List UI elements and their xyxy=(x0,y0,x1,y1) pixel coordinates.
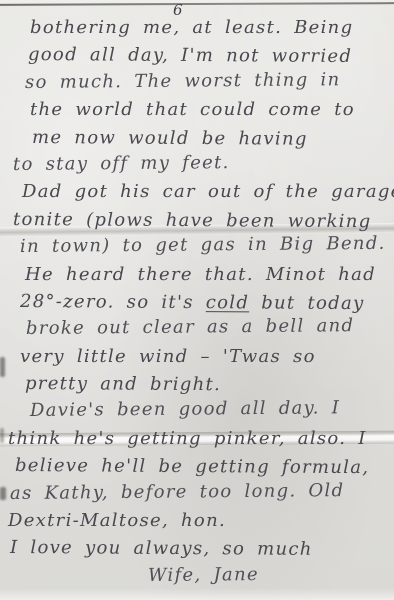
edge-smudge xyxy=(0,357,5,377)
letter-line: He heard there that. Minot had xyxy=(25,261,394,288)
cold-line-post: but today xyxy=(249,292,364,314)
letter-line: bothering me, at least. Being xyxy=(30,14,394,41)
letter-line: so much. The worst thing in xyxy=(25,66,394,97)
signature: Wife, Jane xyxy=(148,560,394,590)
letter-line paragraph-start: Davie's been good all day. I xyxy=(30,394,394,425)
letter-line: think he's getting pinker, also. I xyxy=(8,425,394,452)
cold-word-underlined: cold xyxy=(206,292,250,313)
letter-line: to stay off my feet. xyxy=(13,148,394,179)
page-top-fold-edge xyxy=(0,2,394,6)
cold-line-pre: 28°-zero. so it's xyxy=(20,291,206,313)
letter-body: bothering me, at least. Being good all d… xyxy=(0,14,394,600)
letter-line: as Kathy, before too long. Old xyxy=(10,476,394,507)
edge-smudge xyxy=(0,428,4,443)
letter-line paragraph-start: Dad got his car out of the garage xyxy=(22,178,394,205)
letter-line: the world that could come to xyxy=(30,96,394,123)
letter-line: very little wind – 'Twas so xyxy=(20,343,394,370)
page-number: 6 xyxy=(173,1,183,19)
edge-smudge xyxy=(0,487,6,500)
letter-line: Dextri-Maltose, hon. xyxy=(8,507,394,534)
letter-line: broke out clear as a bell and xyxy=(26,312,394,343)
letter-page: 6 bothering me, at least. Being good all… xyxy=(0,0,394,600)
letter-line: in town) to get gas in Big Bend. xyxy=(20,230,394,261)
